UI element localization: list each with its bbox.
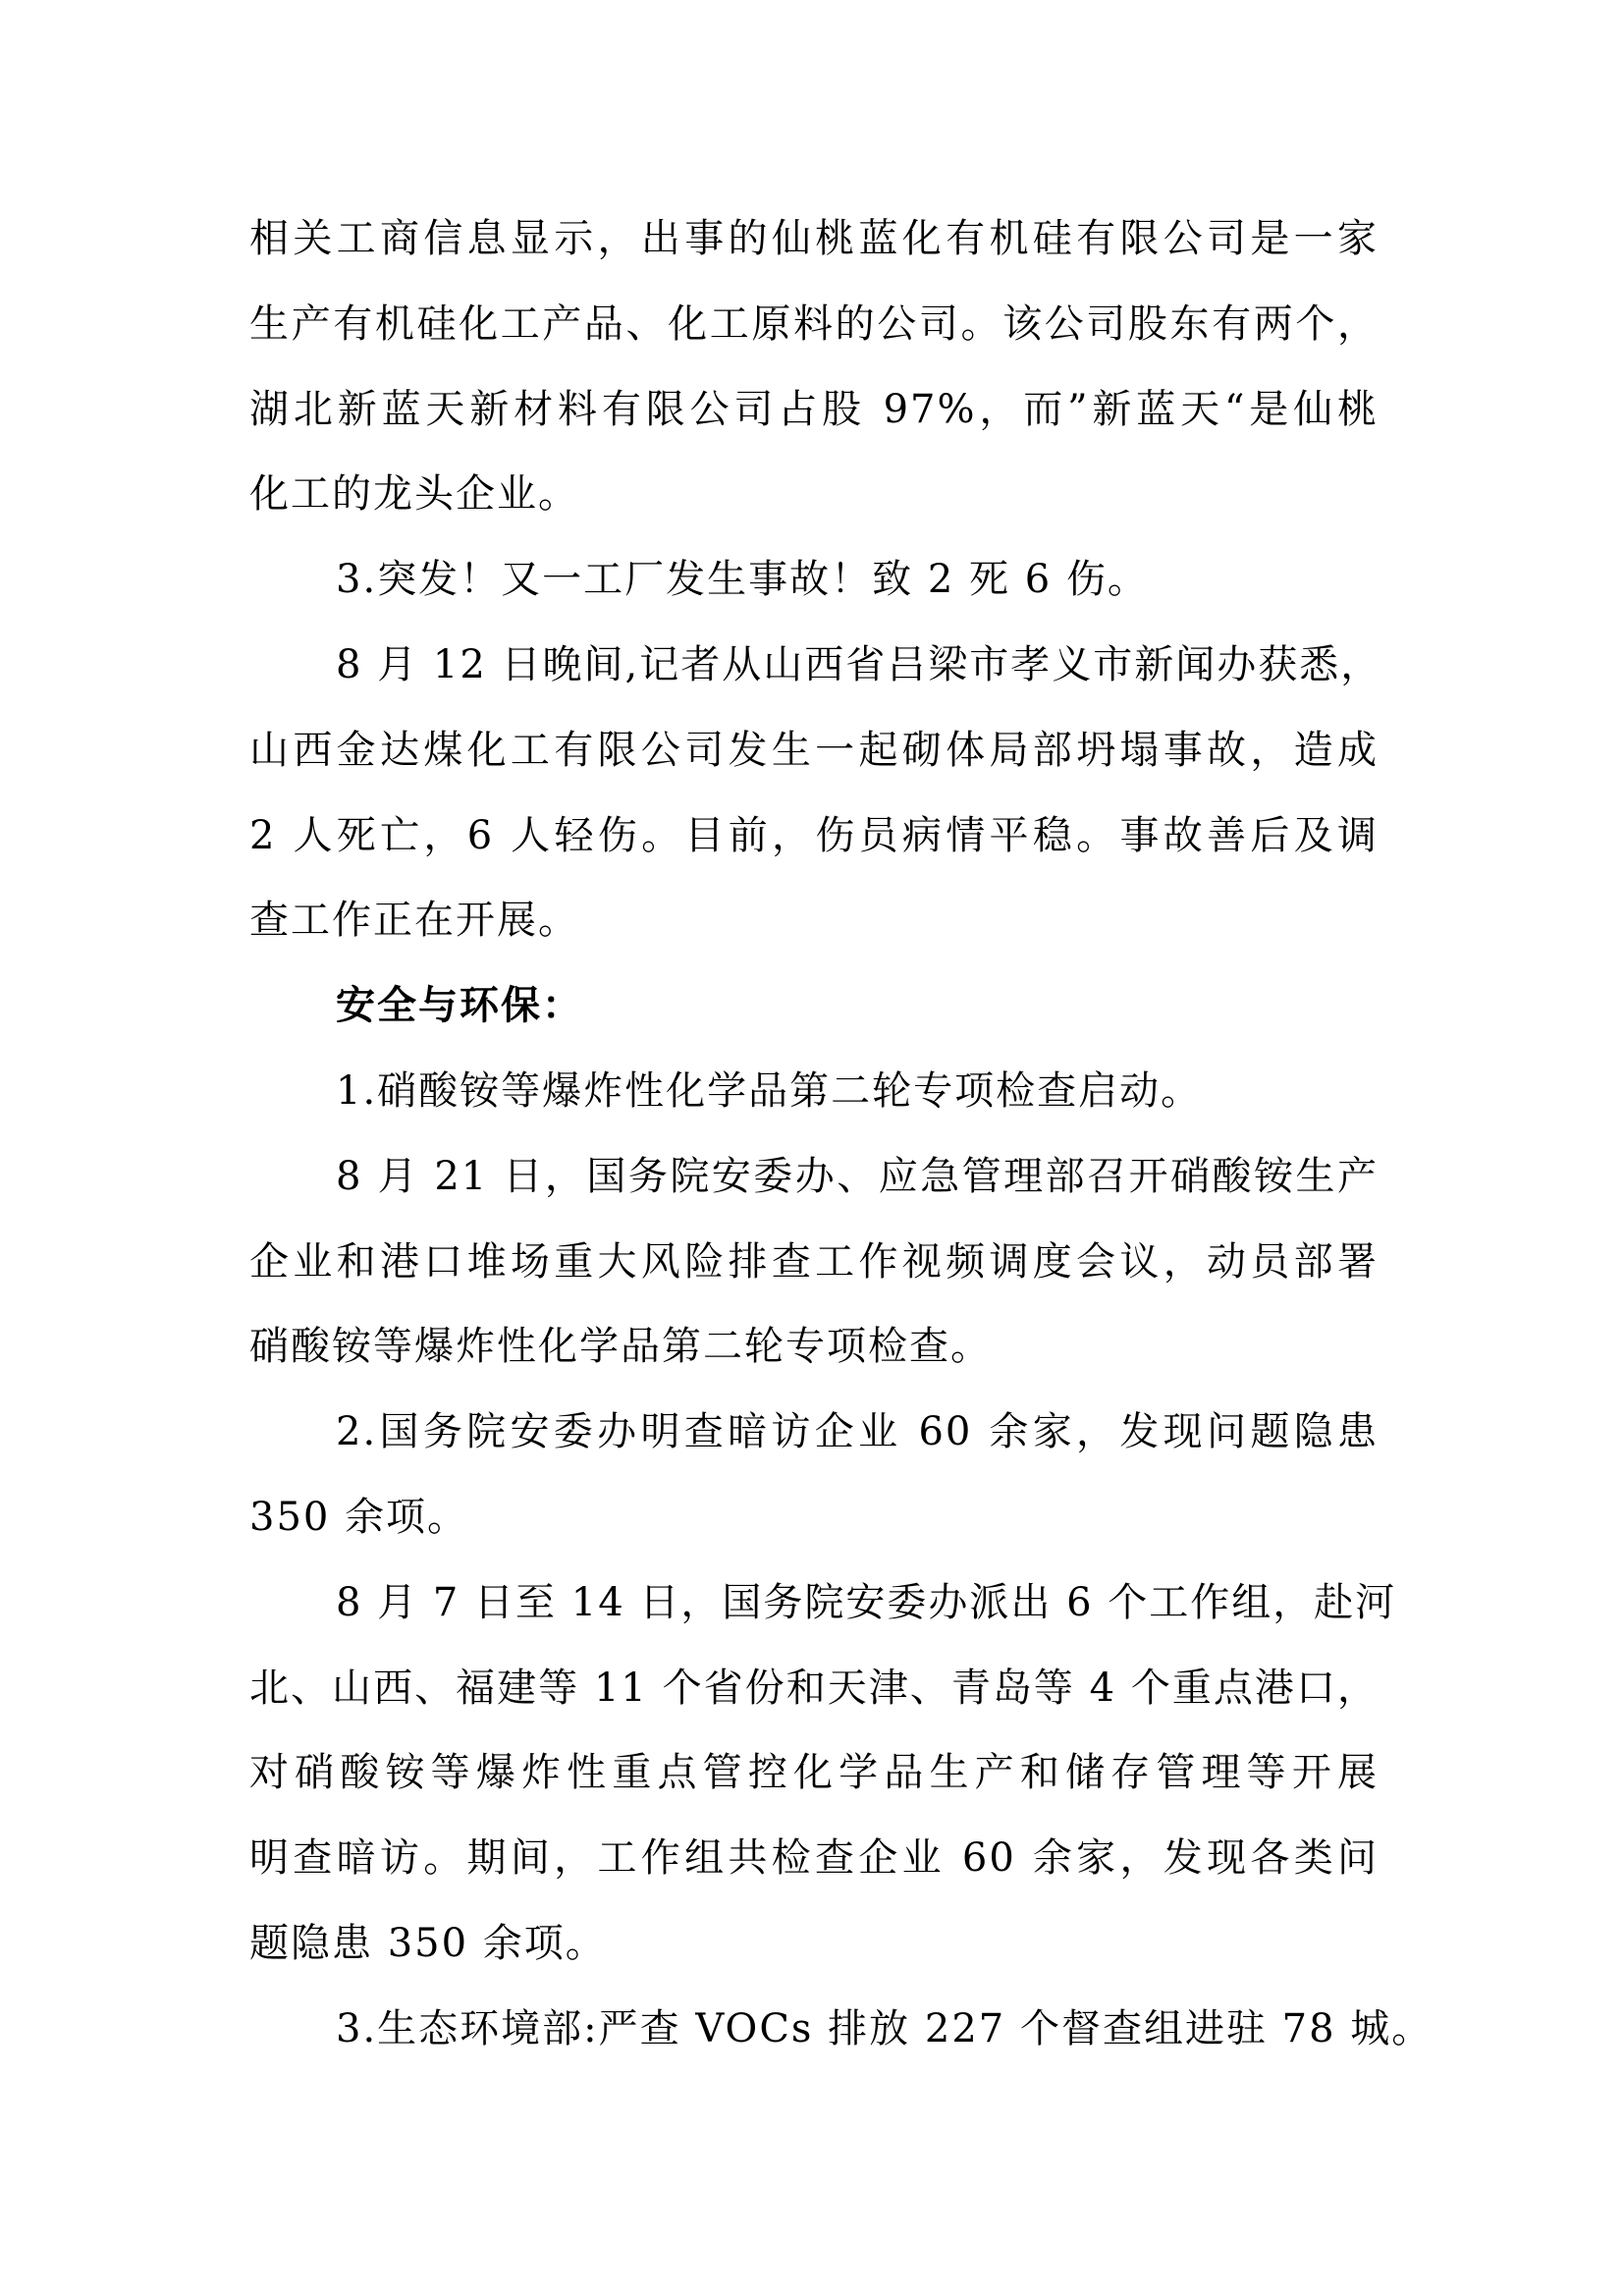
- section-heading-safety-environment: 安全与环保：: [249, 963, 1379, 1049]
- item-title-vocs: 3.生态环境部:严查 VOCs 排放 227 个督查组进驻 78 城。: [249, 1987, 1379, 2072]
- text-line: 化工的龙头企业。: [249, 452, 1379, 537]
- text-line: 相关工商信息显示，出事的仙桃蓝化有机硅有限公司是一家: [249, 196, 1379, 282]
- text-line: 3.生态环境部:严查 VOCs 排放 227 个督查组进驻 78 城。: [249, 1987, 1379, 2072]
- item-title-ammonium-nitrate-check: 1.硝酸铵等爆炸性化学品第二轮专项检查启动。: [249, 1049, 1379, 1134]
- text-line: 350 余项。: [249, 1475, 1379, 1560]
- text-line: 硝酸铵等爆炸性化学品第二轮专项检查。: [249, 1304, 1379, 1390]
- text-line: 8 月 21 日，国务院安委办、应急管理部召开硝酸铵生产: [249, 1134, 1379, 1220]
- paragraph-meeting-details: 8 月 21 日，国务院安委办、应急管理部召开硝酸铵生产 企业和港口堆场重大风险…: [249, 1134, 1379, 1390]
- text-line: 对硝酸铵等爆炸性重点管控化学品生产和储存管理等开展: [249, 1730, 1379, 1816]
- document-page: 相关工商信息显示，出事的仙桃蓝化有机硅有限公司是一家 生产有机硅化工产品、化工原…: [249, 196, 1379, 2072]
- paragraph-company-info: 相关工商信息显示，出事的仙桃蓝化有机硅有限公司是一家 生产有机硅化工产品、化工原…: [249, 196, 1379, 537]
- text-line: 明查暗访。期间，工作组共检查企业 60 余家，发现各类问: [249, 1816, 1379, 1901]
- text-line: 2.国务院安委办明查暗访企业 60 余家，发现问题隐患: [249, 1390, 1379, 1475]
- section-heading: 安全与环保：: [249, 963, 1379, 1049]
- text-line: 题隐患 350 余项。: [249, 1901, 1379, 1987]
- paragraph-inspection-details: 8 月 7 日至 14 日，国务院安委办派出 6 个工作组，赴河 北、山西、福建…: [249, 1560, 1379, 1987]
- text-line: 2 人死亡，6 人轻伤。目前，伤员病情平稳。事故善后及调: [249, 793, 1379, 879]
- text-line: 企业和港口堆场重大风险排查工作视频调度会议，动员部署: [249, 1220, 1379, 1305]
- text-line: 8 月 12 日晚间,记者从山西省吕梁市孝义市新闻办获悉，: [249, 623, 1379, 708]
- item-title-inspection: 2.国务院安委办明查暗访企业 60 余家，发现问题隐患 350 余项。: [249, 1390, 1379, 1560]
- text-line: 湖北新蓝天新材料有限公司占股 97%，而”新蓝天“是仙桃: [249, 367, 1379, 453]
- text-line: 8 月 7 日至 14 日，国务院安委办派出 6 个工作组，赴河: [249, 1560, 1379, 1646]
- text-line: 山西金达煤化工有限公司发生一起砌体局部坍塌事故，造成: [249, 708, 1379, 793]
- text-line: 3.突发！又一工厂发生事故！致 2 死 6 伤。: [249, 537, 1379, 623]
- text-line: 北、山西、福建等 11 个省份和天津、青岛等 4 个重点港口，: [249, 1646, 1379, 1731]
- text-line: 查工作正在开展。: [249, 878, 1379, 963]
- text-line: 生产有机硅化工产品、化工原料的公司。该公司股东有两个，: [249, 282, 1379, 367]
- item-title-accident: 3.突发！又一工厂发生事故！致 2 死 6 伤。: [249, 537, 1379, 623]
- text-line: 1.硝酸铵等爆炸性化学品第二轮专项检查启动。: [249, 1049, 1379, 1134]
- paragraph-accident-details: 8 月 12 日晚间,记者从山西省吕梁市孝义市新闻办获悉， 山西金达煤化工有限公…: [249, 623, 1379, 963]
